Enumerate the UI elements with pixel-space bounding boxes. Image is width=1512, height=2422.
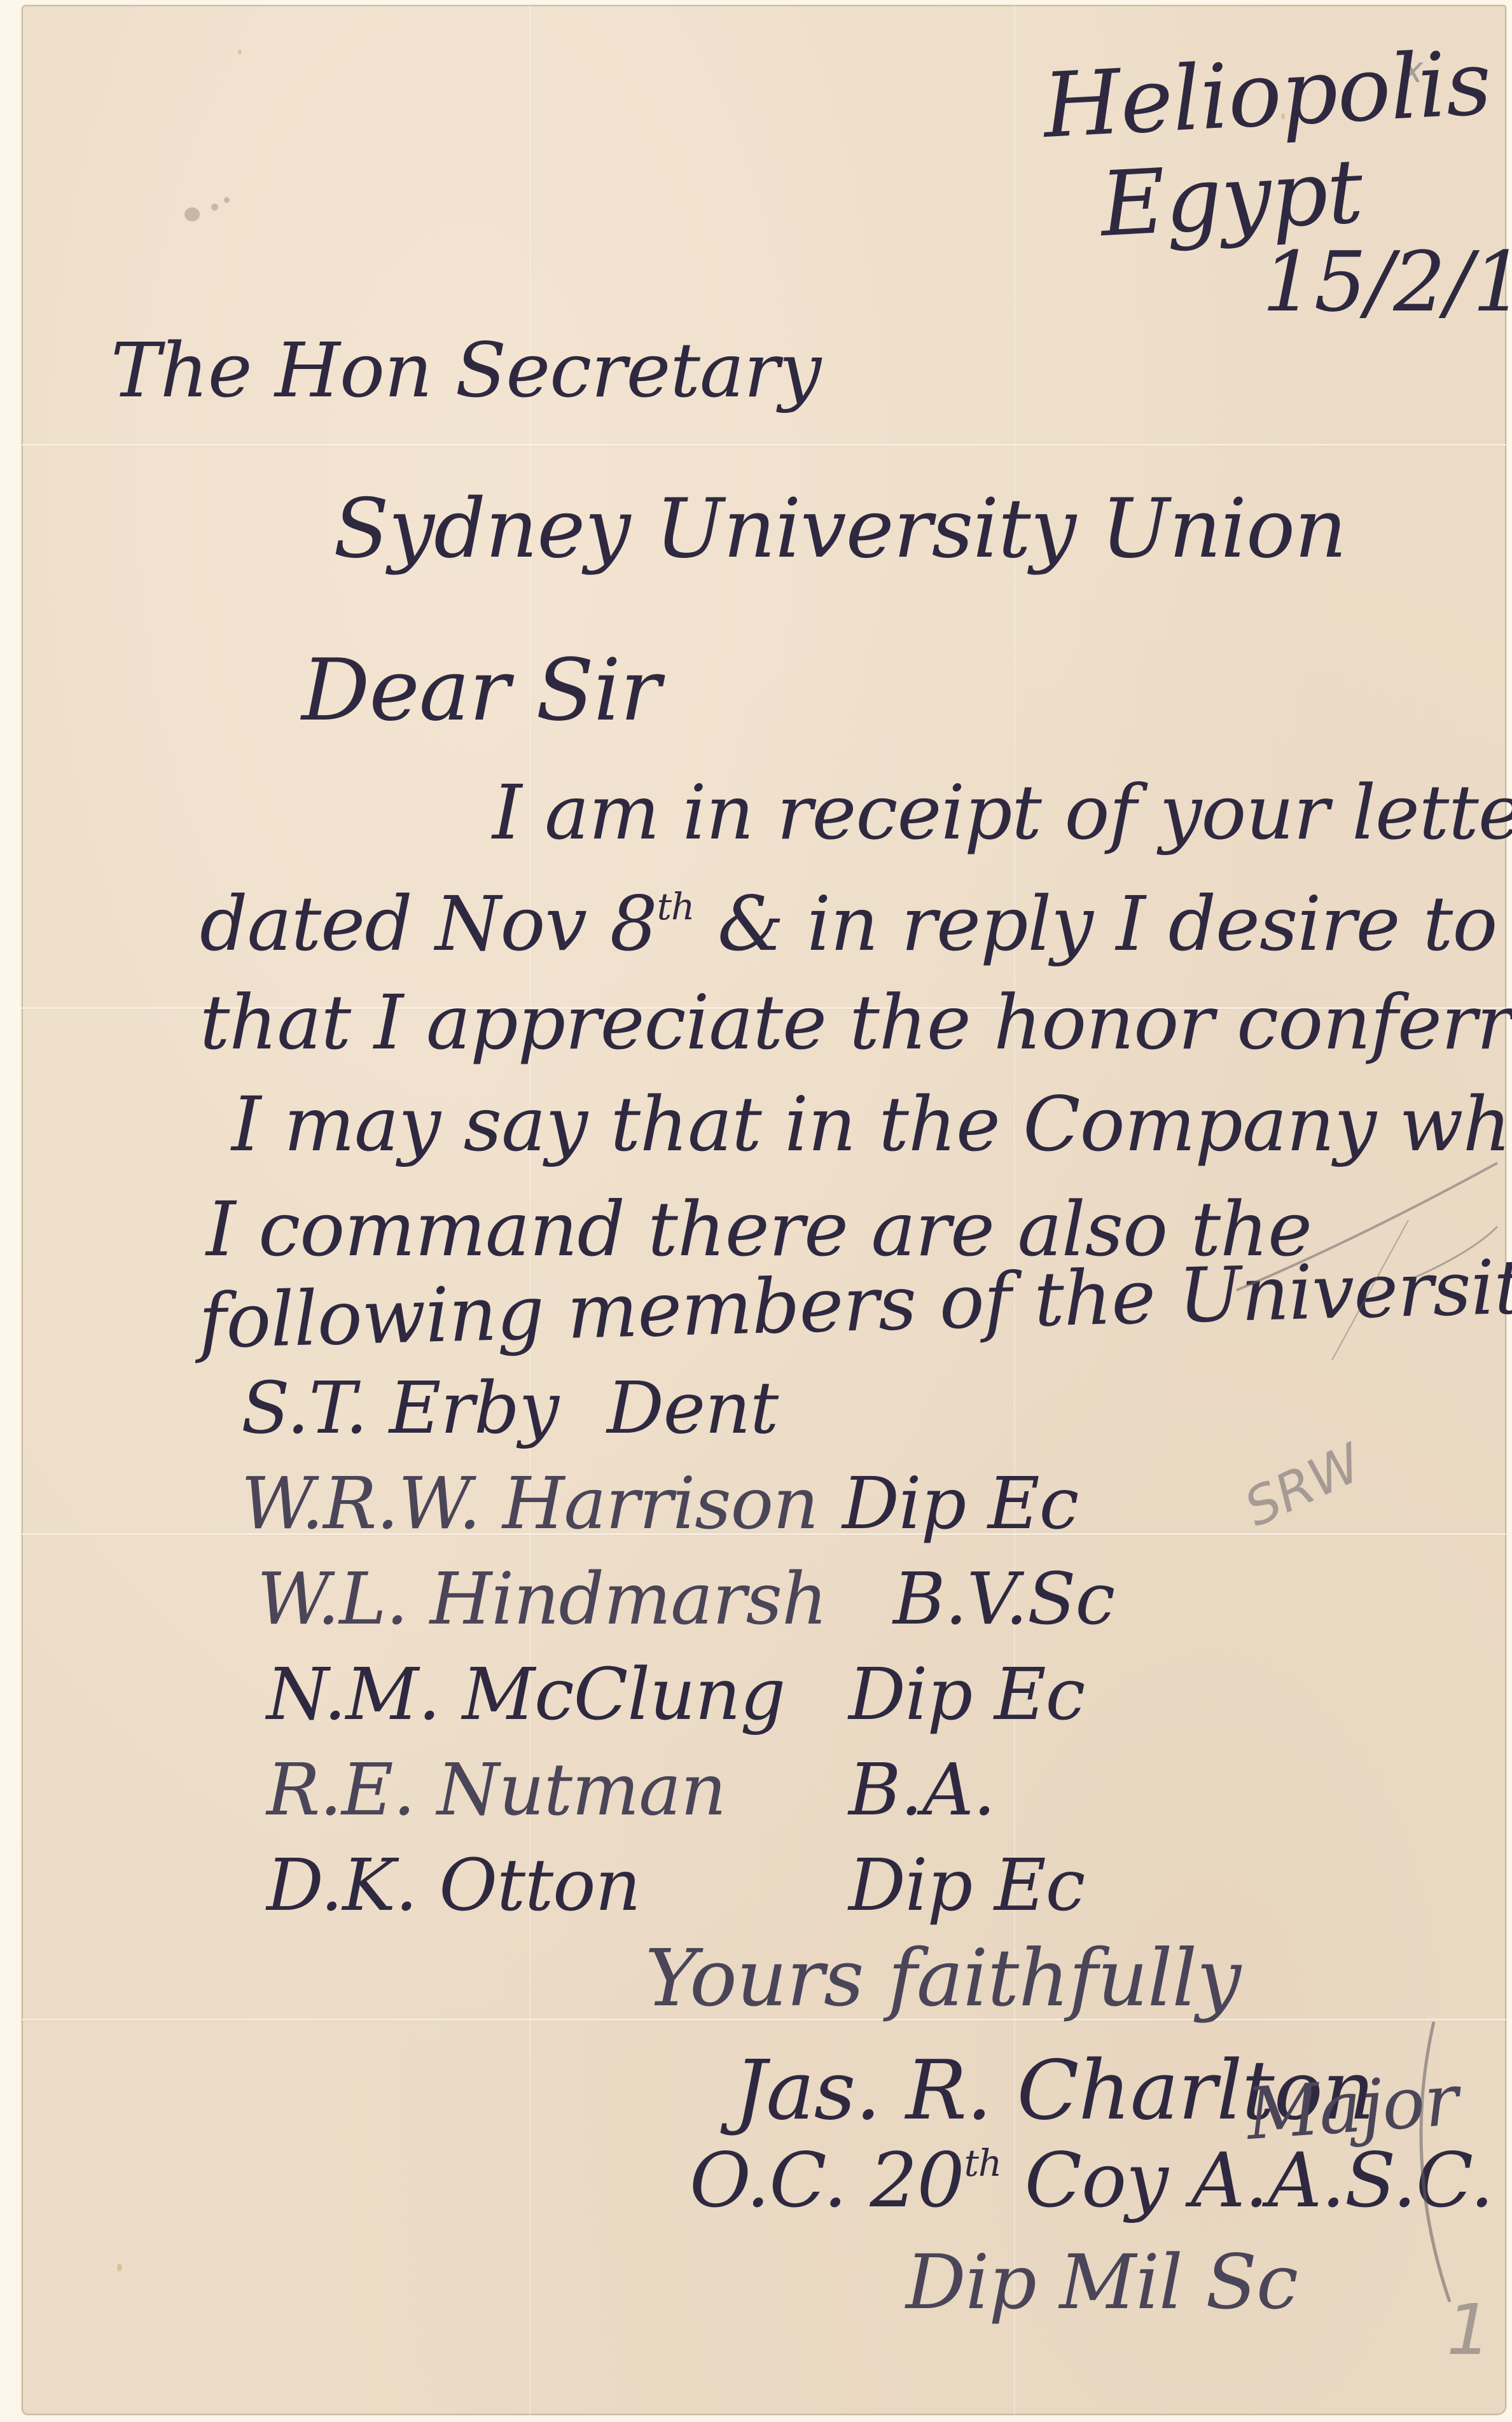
body-line-3: that I appreciate the honor conferred [200,985,1512,1060]
ink-spot [224,197,230,203]
ordinal-suffix: th [657,885,695,928]
member-degree: B.A. [849,1755,995,1826]
body-line-4: I may say that in the Company which [232,1087,1512,1162]
title-ordinal: th [964,2141,1002,2185]
letter-sheet: x Heliopolis Egypt 15/2/16 The Hon Secre… [22,5,1506,2415]
body-line-1: I am in receipt of your letter [492,775,1512,850]
member-degree: B.V.Sc [893,1564,1114,1635]
valediction: Yours faithfully [645,1939,1240,2018]
place-line-1: Heliopolis [1041,39,1493,151]
signature-qualification: Dip Mil Sc [906,2245,1298,2320]
paper-fold [22,444,1506,446]
pencil-folio-number: 1 [1446,2289,1491,2370]
addressee-line-1: The Hon Secretary [111,333,821,408]
member-name: W.R.W. Harrison [241,1468,818,1540]
member-degree: Dip Ec [849,1850,1085,1921]
foxing-spot [238,50,242,55]
signature-title: O.C. 20th Coy A.A.S.C. [690,2143,1493,2218]
member-degree: Dip Ec [849,1659,1085,1730]
member-degree: Dent [607,1373,778,1444]
salutation: Dear Sir [302,648,660,733]
pencil-stroke-icon [1230,1163,1512,1481]
member-degree: Dip Ec [842,1468,1078,1540]
letter-date: 15/2/16 [1262,240,1512,323]
body-line-2-rest: & in reply I desire to say [718,880,1512,968]
body-line-2-date: dated Nov 8 [200,880,657,968]
foxing-spot [117,2264,122,2271]
title-prefix: O.C. 20 [690,2136,964,2224]
member-name: W.L. Hindmarsh [257,1564,827,1635]
addressee-line-2: Sydney University Union [333,489,1346,570]
member-name: R.E. Nutman [267,1755,726,1826]
ink-spot [184,207,200,221]
ink-spot [211,204,218,211]
member-name: S.T. Erby [241,1373,558,1444]
member-name: N.M. McClung [267,1659,785,1730]
member-name: D.K. Otton [267,1850,641,1921]
body-line-2: dated Nov 8th & in reply I desire to say [200,886,1512,961]
